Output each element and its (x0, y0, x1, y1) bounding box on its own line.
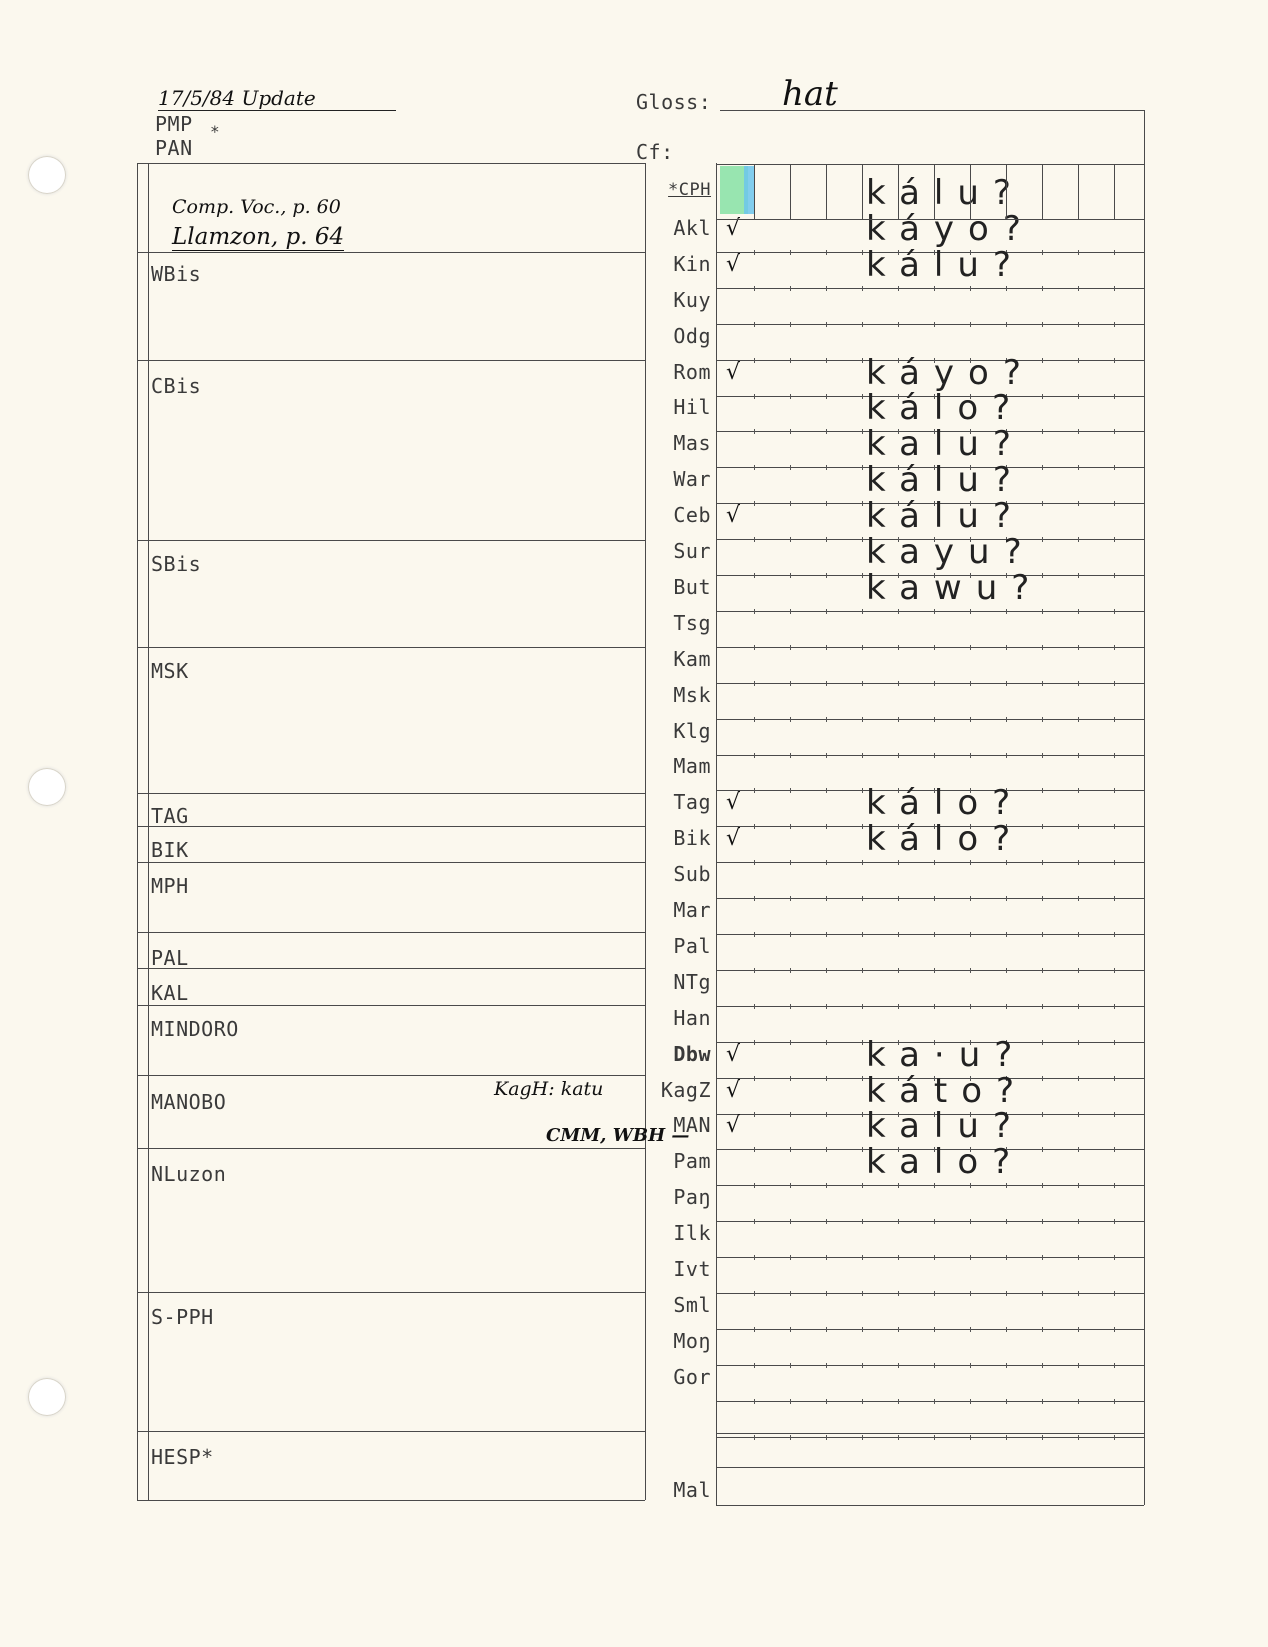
reflex-form: kawu? (866, 571, 1043, 605)
reflex-form: káyo? (866, 356, 1035, 390)
check-mark: √ (726, 503, 740, 528)
section-label-mindoro: MINDORO (151, 1017, 239, 1041)
language-code: Tag (649, 790, 711, 814)
pmp-asterisk: * (210, 122, 220, 141)
reflex-form: kálu? (866, 176, 1025, 210)
reflex-form: kálu? (866, 248, 1025, 282)
language-code: Mal (649, 1478, 711, 1502)
language-code: Ilk (649, 1221, 711, 1245)
section-label-tag: TAG (151, 804, 189, 828)
language-code: Sml (649, 1293, 711, 1317)
punch-hole-bottom (28, 1378, 66, 1416)
language-code: Akl (649, 216, 711, 240)
reflex-form: kálo? (866, 391, 1024, 425)
language-code: Hil (649, 395, 711, 419)
reflex-form: káyo? (866, 212, 1035, 246)
language-code: Pam (649, 1149, 711, 1173)
update-note: 17/5/84 Update (158, 86, 396, 111)
language-code: Ivt (649, 1257, 711, 1281)
punch-hole-top (28, 156, 66, 194)
language-code: Paŋ (649, 1185, 711, 1209)
language-code: NTg (649, 970, 711, 994)
check-mark: √ (726, 252, 740, 277)
language-code: Mam (649, 754, 711, 778)
section-label-spph: S-PPH (151, 1305, 214, 1329)
pmp-label: PMP (155, 112, 193, 136)
section-label-pal: PAL (151, 946, 189, 970)
section-label-hesp: HESP* (151, 1445, 214, 1469)
reflex-form: káto? (866, 1074, 1028, 1108)
section-label-nluzon: NLuzon (151, 1162, 226, 1186)
gloss-label: Gloss: (636, 90, 711, 114)
section-label-sbis: SBis (151, 552, 201, 576)
language-code: MAN (649, 1113, 711, 1137)
section-label-cbis: CBis (151, 374, 201, 398)
language-code: Msk (649, 683, 711, 707)
language-code: Sur (649, 539, 711, 563)
reflex-form: kalu? (866, 427, 1025, 461)
check-mark: √ (726, 1113, 740, 1138)
check-mark: √ (726, 360, 740, 385)
language-code: Sub (649, 862, 711, 886)
language-code: Dbw (649, 1042, 711, 1066)
reflex-form: ka·u? (866, 1038, 1026, 1072)
section-label-wbis: WBis (151, 262, 201, 286)
source-note-comp-voc: Comp. Voc., p. 60 (172, 196, 341, 218)
highlighter-mark-blue (744, 166, 754, 214)
language-code: Bik (649, 826, 711, 850)
language-code: Pal (649, 934, 711, 958)
reflex-form: kalu? (866, 1109, 1025, 1143)
section-label-mph: MPH (151, 874, 189, 898)
check-mark: √ (726, 790, 740, 815)
language-code: Tsg (649, 611, 711, 635)
language-code: *CPH (649, 180, 711, 200)
punch-hole-middle (28, 768, 66, 806)
section-label-msk: MSK (151, 659, 189, 683)
section-label-bik: BIK (151, 838, 189, 862)
reflex-form: kálu? (866, 463, 1025, 497)
source-note-llamzon: Llamzon, p. 64 (172, 224, 344, 251)
language-code: Han (649, 1006, 711, 1030)
language-code: Moŋ (649, 1329, 711, 1353)
language-code: Rom (649, 360, 711, 384)
language-code: Odg (649, 324, 711, 348)
language-code: War (649, 467, 711, 491)
cf-label: Cf: (636, 140, 674, 164)
reflex-form: kálo? (866, 822, 1024, 856)
language-code: Klg (649, 719, 711, 743)
section-label-kal: KAL (151, 981, 189, 1005)
language-code: Mar (649, 898, 711, 922)
pan-label: PAN (155, 136, 193, 160)
check-mark: √ (726, 1042, 740, 1067)
gloss-value: hat (782, 74, 838, 114)
section-label-manobo: MANOBO (151, 1090, 226, 1114)
language-code: Gor (649, 1365, 711, 1389)
manobo-note-kagh: KagH: katu (494, 1078, 603, 1100)
language-code: KagZ (649, 1078, 711, 1102)
reflex-form: kálo? (866, 786, 1024, 820)
language-code: But (649, 575, 711, 599)
language-code: Kam (649, 647, 711, 671)
language-code: Kuy (649, 288, 711, 312)
check-mark: √ (726, 1078, 740, 1103)
reflex-form: kálu? (866, 499, 1025, 533)
language-code: Mas (649, 431, 711, 455)
check-mark: √ (726, 826, 740, 851)
language-code: Ceb (649, 503, 711, 527)
language-code: Kin (649, 252, 711, 276)
reflex-form: kayu? (866, 535, 1036, 569)
reflex-form: kalo? (866, 1145, 1024, 1179)
